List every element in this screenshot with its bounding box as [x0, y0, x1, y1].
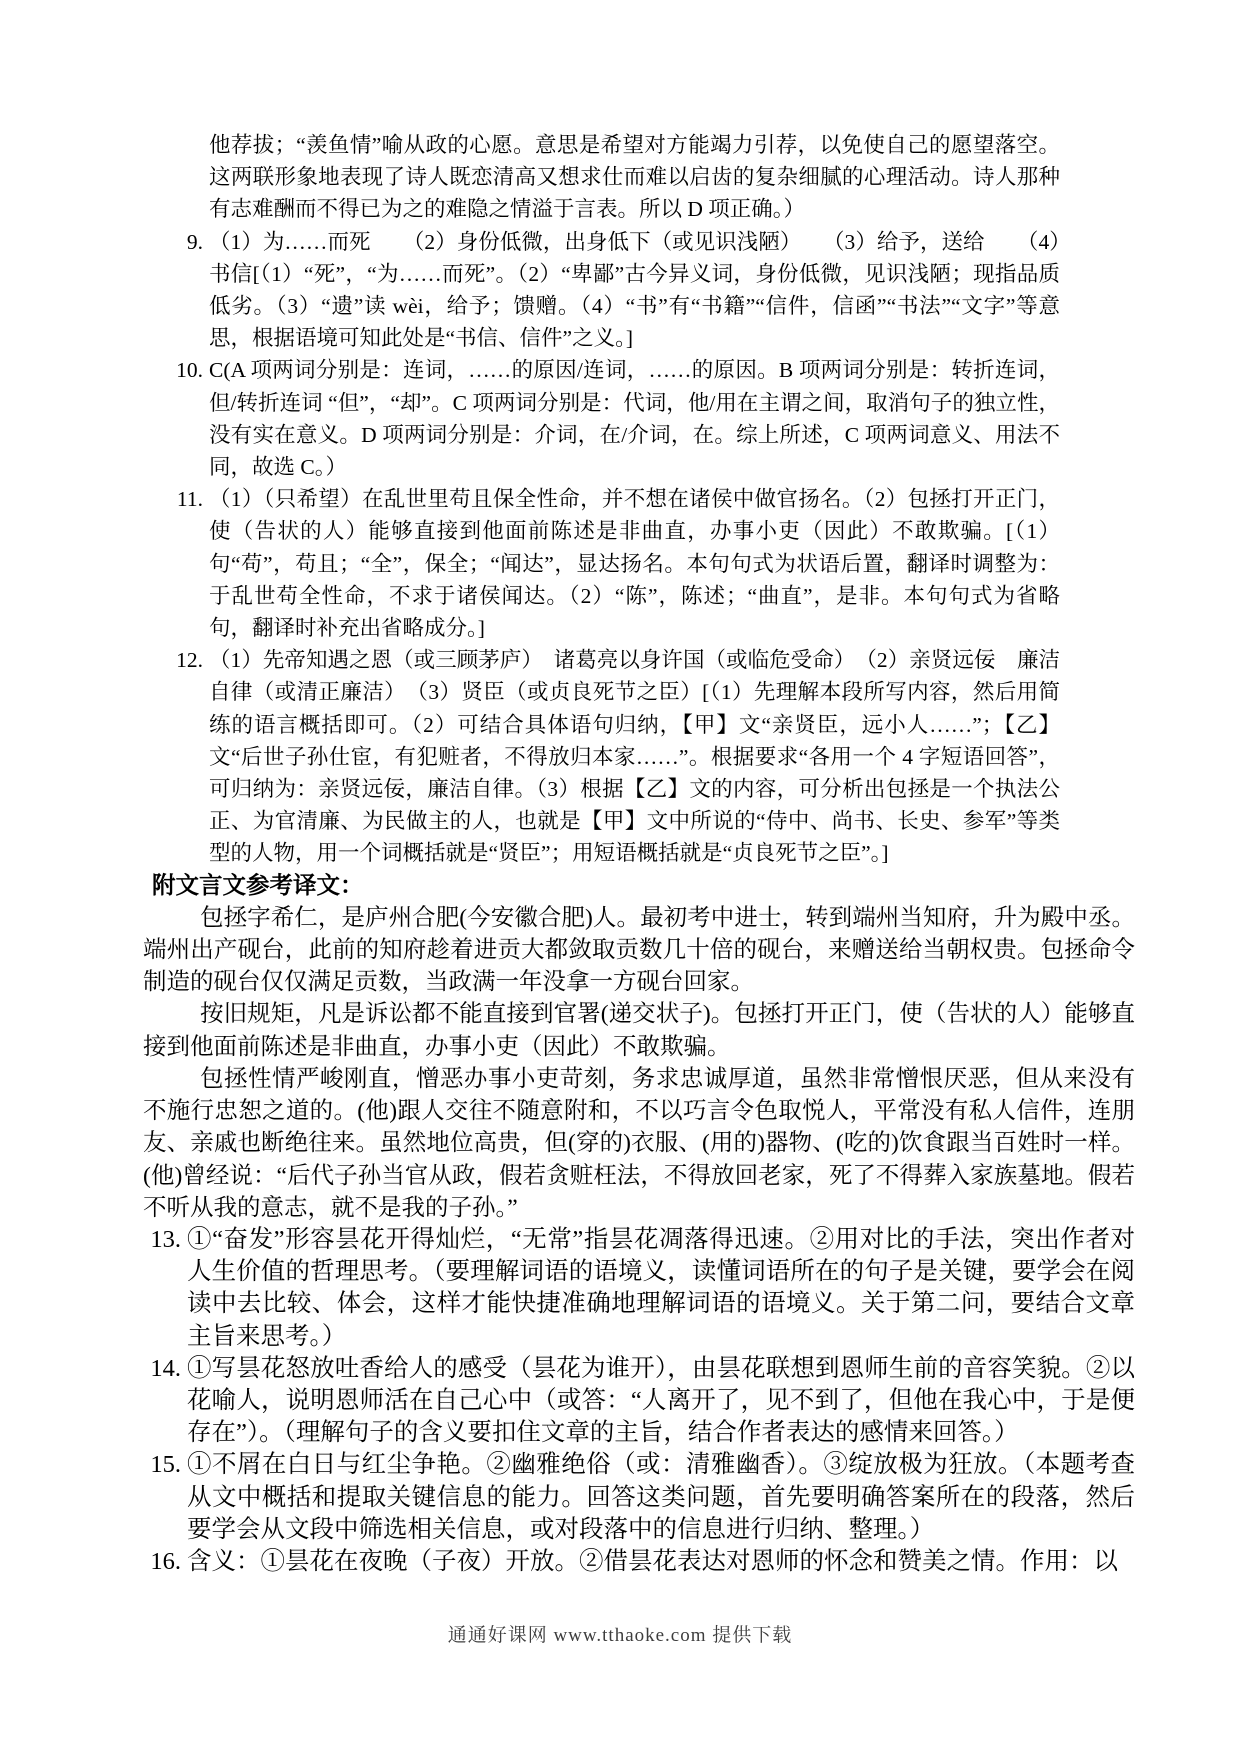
answer-item-text: （1）（只希望）在乱世里苟且保全性命，并不想在诸侯中做官扬名。（2）包拯打开正门… — [209, 487, 1060, 640]
answer-item-text: ①“奋发”形容昙花开得灿烂，“无常”指昙花凋落得迅速。②用对比的手法，突出作者对… — [187, 1226, 1135, 1350]
answer-item-number: 9. — [165, 226, 203, 258]
answer-item-text: （1）先帝知遇之恩（或三顾茅庐） 诸葛亮以身许国（或临危受命） （2）亲贤远佞 … — [209, 648, 1060, 865]
answer-item-text: ①写昙花怒放吐香给人的感受（昙花为谁开），由昙花联想到恩师生前的音容笑貌。②以花… — [187, 1355, 1135, 1446]
answer-item-12: 12. （1）先帝知遇之恩（或三顾茅庐） 诸葛亮以身许国（或临危受命） （2）亲… — [165, 644, 1060, 869]
answer-item-16: 16. 含义：①昙花在夜晚（子夜）开放。②借昙花表达对恩师的怀念和赞美之情。作用… — [143, 1546, 1135, 1578]
footer-credit: 通通好课网 www.tthaoke.com 提供下载 — [0, 1620, 1240, 1647]
answer-item-number: 15. — [143, 1449, 181, 1481]
translation-section: 包拯字希仁，是庐州合肥(今安徽合肥)人。最初考中进士，转到端州当知府，升为殿中丞… — [143, 902, 1135, 1224]
answer-item-11: 11. （1）（只希望）在乱世里苟且保全性命，并不想在诸侯中做官扬名。（2）包拯… — [165, 483, 1060, 644]
answer-item-number: 12. — [165, 644, 203, 676]
answer-item-14: 14. ①写昙花怒放吐香给人的感受（昙花为谁开），由昙花联想到恩师生前的音容笑貌… — [143, 1353, 1135, 1450]
answer-item-number: 13. — [143, 1224, 181, 1256]
answer-item-text: C(A 项两词分别是：连词，……的原因/连词，……的原因。B 项两词分别是：转折… — [209, 358, 1060, 479]
answer-item-13: 13. ①“奋发”形容昙花开得灿烂，“无常”指昙花凋落得迅速。②用对比的手法，突… — [143, 1224, 1135, 1353]
translation-paragraph-1: 包拯字希仁，是庐州合肥(今安徽合肥)人。最初考中进士，转到端州当知府，升为殿中丞… — [143, 902, 1135, 999]
answer-item-15: 15. ①不屑在白日与红尘争艳。②幽雅绝俗（或：清雅幽香）。③绽放极为狂放。（本… — [143, 1449, 1135, 1546]
answer-section-upper: 他荐拔；“羡鱼情”喻从政的心愿。意思是希望对方能竭力引荐，以免使自己的愿望落空。… — [165, 129, 1060, 870]
answer-item-text: （1）为……而死 （2）身份低微，出身低下（或见识浅陋） （3）给予，送给 （4… — [209, 230, 1060, 351]
answer-item-number: 11. — [165, 483, 203, 515]
answer-item-number: 16. — [143, 1546, 181, 1578]
answer-item-text: ①不屑在白日与红尘争艳。②幽雅绝俗（或：清雅幽香）。③绽放极为狂放。（本题考查从… — [187, 1451, 1135, 1542]
translation-heading: 附文言文参考译文： — [152, 870, 1240, 902]
answer-item-9: 9. （1）为……而死 （2）身份低微，出身低下（或见识浅陋） （3）给予，送给… — [165, 226, 1060, 355]
translation-paragraph-3: 包拯性情严峻刚直，憎恶办事小吏苛刻，务求忠诚厚道，虽然非常憎恨厌恶，但从来没有不… — [143, 1063, 1135, 1224]
answer-item-number: 14. — [143, 1353, 181, 1385]
document-content: 他荐拔；“羡鱼情”喻从政的心愿。意思是希望对方能竭力引荐，以免使自己的愿望落空。… — [0, 0, 1240, 1578]
answer-item-text: 含义：①昙花在夜晚（子夜）开放。②借昙花表达对恩师的怀念和赞美之情。作用：以 — [187, 1548, 1118, 1575]
translation-paragraph-2: 按旧规矩，凡是诉讼都不能直接到官署(递交状子)。包拯打开正门，使（告状的人）能够… — [143, 998, 1135, 1062]
answer-8-continuation: 他荐拔；“羡鱼情”喻从政的心愿。意思是希望对方能竭力引荐，以免使自己的愿望落空。… — [165, 129, 1060, 226]
document-page: 他荐拔；“羡鱼情”喻从政的心愿。意思是希望对方能竭力引荐，以免使自己的愿望落空。… — [0, 0, 1240, 1754]
answer-item-10: 10. C(A 项两词分别是：连词，……的原因/连词，……的原因。B 项两词分别… — [165, 354, 1060, 483]
answer-section-lower: 13. ①“奋发”形容昙花开得灿烂，“无常”指昙花凋落得迅速。②用对比的手法，突… — [143, 1224, 1135, 1578]
answer-item-number: 10. — [165, 354, 203, 386]
